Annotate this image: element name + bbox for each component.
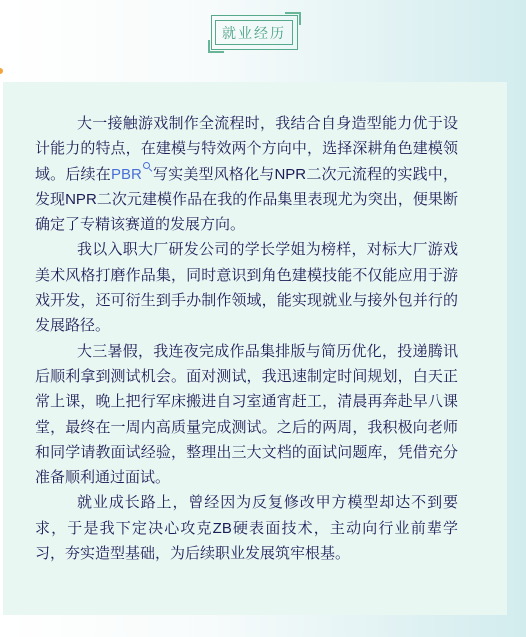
search-icon[interactable] <box>143 162 153 173</box>
paragraph-3: 大三暑假，我连夜完成作品集排版与简历优化，投递腾讯后顺利拿到测试机会。面对测试，… <box>35 339 458 491</box>
section-title-badge: 就业经历 <box>211 15 298 50</box>
left-edge-accent-dot <box>0 68 3 74</box>
badge-inner-frame: 就业经历 <box>215 20 293 45</box>
section-title: 就业经历 <box>222 26 286 40</box>
search-icon-handle <box>148 168 151 171</box>
paragraph-1: 大一接触游戏制作全流程时，我结合自身造型能力优于设计能力的特点，在建模与特效两个… <box>35 111 458 237</box>
pbr-reference-link[interactable]: PBR <box>111 166 142 183</box>
content-card: 大一接触游戏制作全流程时，我结合自身造型能力优于设计能力的特点，在建模与特效两个… <box>3 82 507 615</box>
paragraph-2: 我以入职大厂研发公司的学长学姐为榜样，对标大厂游戏美术风格打磨作品集，同时意识到… <box>35 237 458 338</box>
article-page: { "badge": { "label": "就业经历" }, "icons":… <box>0 0 526 637</box>
paragraph-4: 就业成长路上，曾经因为反复修改甲方模型却达不到要求，于是我下定决心攻克ZB硬表面… <box>35 490 458 566</box>
article-body: 大一接触游戏制作全流程时，我结合自身造型能力优于设计能力的特点，在建模与特效两个… <box>3 82 507 566</box>
